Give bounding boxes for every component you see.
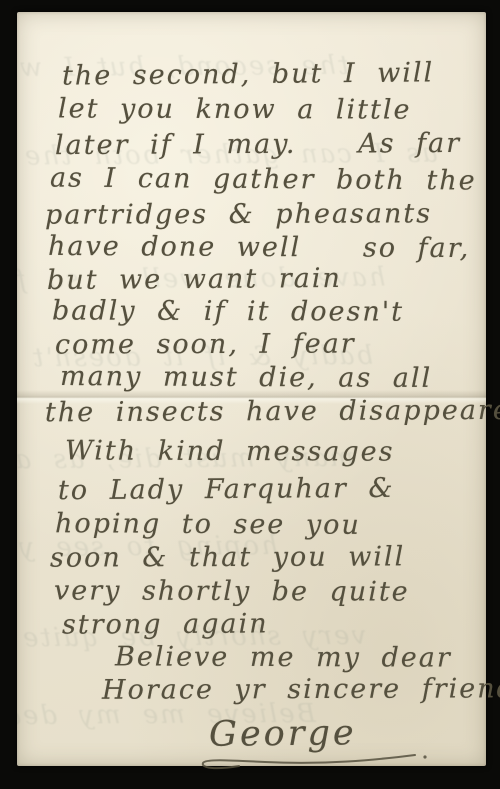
scan-background: the second, but I willas I can gather bo…	[0, 0, 500, 789]
letter-line-18: Believe me my dear	[115, 640, 452, 675]
letter-line-1: the second, but I will	[62, 56, 435, 93]
letter-line-9: come soon, I fear	[55, 327, 356, 362]
letter-line-5: partridges & pheasants	[45, 197, 432, 232]
letter-line-7: but we want rain	[47, 262, 342, 298]
letter-line-3: later if I may. As far	[55, 127, 461, 163]
letter-line-6: have done well so far,	[48, 230, 470, 266]
letter-line-16: very shortly be quite	[54, 574, 410, 609]
letter-line-15: soon & that you will	[50, 540, 405, 575]
letter-line-2: let you know a little	[58, 92, 412, 127]
letter-line-19: Horace yr sincere friend	[102, 672, 500, 707]
signature: George	[209, 713, 357, 755]
letter-body: the second, but I willlet you know a lit…	[17, 12, 486, 766]
letter-line-14: hoping to see you	[55, 507, 361, 543]
letter-line-11: the insects have disappeared.	[45, 394, 500, 431]
letter-line-10: many must die, as all	[60, 360, 432, 396]
letter-line-4: as I can gather both the	[50, 162, 477, 199]
letter-line-13: to Lady Farquhar &	[58, 472, 395, 508]
letter-line-8: badly & if it doesn't	[52, 294, 404, 329]
letter-line-12: With kind messages	[65, 434, 395, 469]
letter-page: the second, but I willas I can gather bo…	[17, 12, 486, 766]
letter-line-17: strong again	[62, 607, 269, 642]
